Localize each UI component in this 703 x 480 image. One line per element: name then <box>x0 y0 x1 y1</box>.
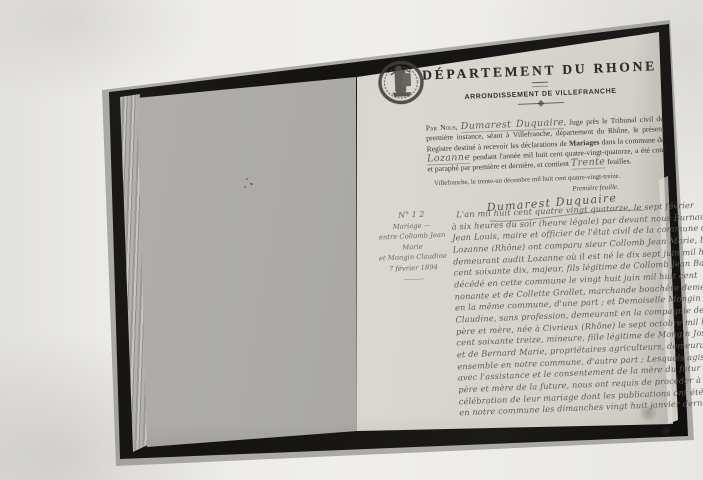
preamble-paragraph: Par Nous, Dumarest Duquaire, Juge près l… <box>426 114 666 175</box>
margin-line: ——— <box>376 272 452 286</box>
marriage-act-text: L'an mil huit cent quatre vingt quatorze… <box>451 201 685 420</box>
register-photo-scene: DÉPARTEMENT DU RHONE ARRONDISSEMENT DE V… <box>0 0 703 480</box>
ink-speck <box>244 186 246 188</box>
register-type-label: Mariages <box>569 137 600 147</box>
ornament-divider-icon <box>532 82 548 88</box>
margin-annotation: N° 1 2 Mariage — entre Collomb Jean Mari… <box>373 209 452 286</box>
masthead: DÉPARTEMENT DU RHONE ARRONDISSEMENT DE V… <box>417 58 663 112</box>
sheet-count-handwritten: Trente <box>571 157 606 170</box>
preamble-par-nous: Par Nous, <box>426 122 458 132</box>
ornament-rule-icon <box>518 102 564 108</box>
preamble-text-4: feuilles. <box>607 157 632 167</box>
right-page-content: DÉPARTEMENT DU RHONE ARRONDISSEMENT DE V… <box>352 24 680 438</box>
ink-speck <box>246 178 248 180</box>
department-title: DÉPARTEMENT DU RHONE <box>417 58 661 84</box>
margin-line: entre Collomb Jean Marie <box>374 230 451 254</box>
